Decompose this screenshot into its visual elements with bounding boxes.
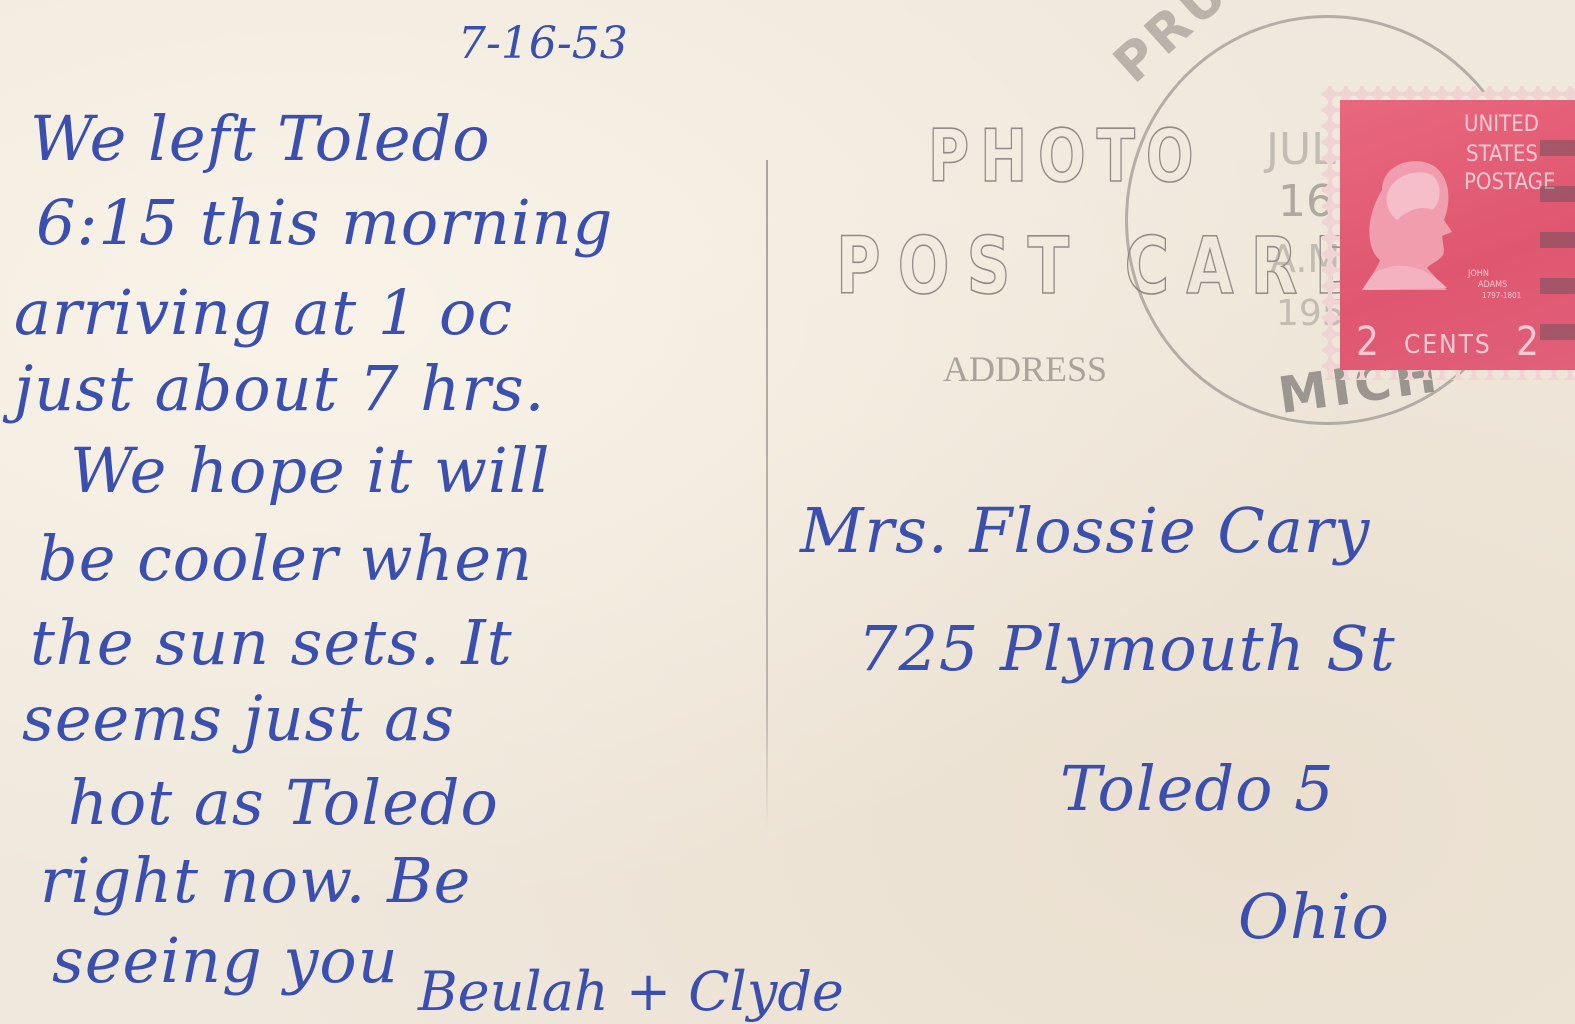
message-line: right now. Be [40, 850, 471, 912]
john-adams-portrait-icon [1352, 150, 1462, 300]
message-line: just about 7 hrs. [14, 358, 545, 420]
message-line: We hope it will [70, 440, 550, 502]
recipient-street: 725 Plymouth St [858, 618, 1396, 680]
stamp-country-line1: UNITED [1464, 114, 1539, 136]
message-line: hot as Toledo [68, 772, 499, 834]
stamp-unit: CENTS [1404, 332, 1492, 358]
message-line: 6:15 this morning [36, 192, 613, 254]
stamp-years: 1797-1801 [1482, 292, 1521, 300]
recipient-name: Mrs. Flossie Cary [800, 500, 1370, 562]
message-line: be cooler when [38, 528, 533, 590]
message-date: 7-16-53 [458, 22, 628, 66]
stamp-denomination-right: 2 [1516, 322, 1539, 362]
printed-address-label: ADDRESS [943, 348, 1107, 390]
divider-line [766, 160, 768, 830]
cancellation-bars [1540, 110, 1575, 370]
message-line: We left Toledo [30, 108, 491, 170]
recipient-state: Ohio [1238, 886, 1390, 948]
stamp-denomination-left: 2 [1356, 322, 1379, 362]
stamp-subject-first: JOHN [1468, 270, 1489, 279]
signature: Beulah + Clyde [418, 965, 844, 1019]
recipient-city: Toledo 5 [1060, 758, 1335, 820]
message-line: seems just as [22, 688, 455, 750]
message-line: seeing you [52, 930, 399, 992]
postcard-back: 7-16-53 We left Toledo 6:15 this morning… [0, 0, 1575, 1024]
stamp-country-line2: STATES [1466, 144, 1538, 166]
stamp-subject-last: ADAMS [1478, 281, 1507, 290]
message-line: the sun sets. It [30, 612, 513, 674]
message-line: arriving at 1 oc [14, 282, 513, 344]
